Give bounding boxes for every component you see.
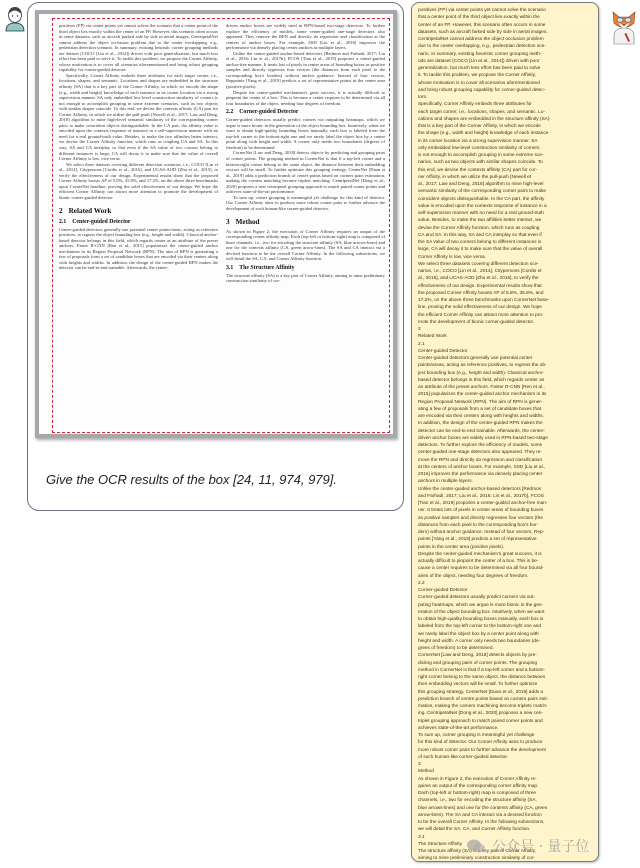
paper-paragraph: driven anchor boxes are widely used in R… xyxy=(226,23,385,51)
paper-paragraph: Corner-guided detectors usually predict … xyxy=(226,117,385,150)
subsection-heading: 2.1Center-guided Detector xyxy=(59,219,218,226)
paper-paragraph: The structure affinity (SA) is a key par… xyxy=(226,273,385,284)
paper-paragraph: As shown in Figure 2, the execution of C… xyxy=(226,229,385,262)
paper-paragraph: CornerNet [Law and Deng, 2018] detects o… xyxy=(226,150,385,194)
wechat-icon xyxy=(466,838,486,854)
paper-left-column: positives (FP) via center points yet can… xyxy=(59,23,218,284)
paper-paragraph: Specifically, Corner Affinity embeds thr… xyxy=(59,73,218,162)
user-avatar-icon xyxy=(4,4,26,32)
assistant-response-text: positives (FP) via center points yet can… xyxy=(418,7,594,863)
paper-right-column: driven anchor boxes are widely used in R… xyxy=(226,23,385,284)
subsection-heading: 3.1The Structure Affinity xyxy=(226,265,385,272)
paper-page: positives (FP) via center points yet can… xyxy=(59,23,385,284)
user-prompt-text: Give the OCR results of the box [24, 11,… xyxy=(46,472,337,487)
watermark-text: 公众号 · 量子位 xyxy=(492,836,589,856)
paper-paragraph: Center-guided detectors generally use po… xyxy=(59,227,218,271)
section-heading: 3Method xyxy=(226,218,385,227)
paper-paragraph: Despite the center-guided mechanism's gr… xyxy=(226,90,385,107)
document-image: positives (FP) via center points yet can… xyxy=(35,10,397,438)
paper-paragraph: positives (FP) via center points yet can… xyxy=(59,23,218,73)
paper-paragraph: To sum up, corner grouping is meaningful… xyxy=(226,195,385,212)
ocr-target-box: positives (FP) via center points yet can… xyxy=(52,18,390,433)
user-message-bubble: positives (FP) via center points yet can… xyxy=(27,2,404,511)
paper-paragraph: Unlike the center-guided anchor-based de… xyxy=(226,51,385,90)
assistant-message-bubble: positives (FP) via center points yet can… xyxy=(411,2,599,862)
watermark: 公众号 · 量子位 xyxy=(466,836,589,856)
section-heading: 2Related Work xyxy=(59,207,218,216)
fox-avatar-icon xyxy=(610,6,638,46)
subsection-heading: 2.2Corner-guided Detector xyxy=(226,109,385,116)
paper-paragraph: We select three datasets covering differ… xyxy=(59,162,218,201)
